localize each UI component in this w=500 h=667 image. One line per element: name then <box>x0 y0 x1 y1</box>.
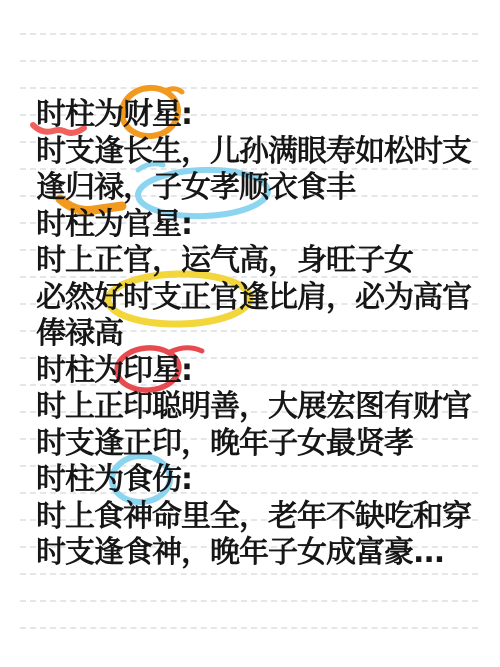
ruled-line <box>20 627 478 654</box>
ruled-line <box>20 600 478 627</box>
ruled-line <box>20 60 478 87</box>
text-line: 时支逢正印，晚年子女最贤孝 <box>36 426 471 463</box>
document-photo: 时柱为财星: 时支逢长生，儿孙满眼寿如松时支 逢归禄，子女孝顺衣食丰 时柱为官星… <box>0 0 500 667</box>
ruled-line <box>20 33 478 60</box>
text-line: 逢归禄，子女孝顺衣食丰 <box>36 170 471 207</box>
ruled-line <box>20 573 478 600</box>
text-line: 时支逢长生，儿孙满眼寿如松时支 <box>36 134 471 171</box>
fortune-text-block: 时柱为财星: 时支逢长生，儿孙满眼寿如松时支 逢归禄，子女孝顺衣食丰 时柱为官星… <box>36 97 471 572</box>
text-line: 必然好时支正官逢比肩，必为高官 <box>36 280 471 317</box>
section-heading-wealth-star: 时柱为财星: <box>36 97 471 134</box>
section-heading-food-hurt-star: 时柱为食伤: <box>36 462 471 499</box>
text-line: 时上正印聪明善，大展宏图有财官 <box>36 389 471 426</box>
text-line: 时上正官，运气高，身旺子女 <box>36 243 471 280</box>
text-line: 俸禄高 <box>36 316 471 353</box>
section-heading-officer-star: 时柱为官星: <box>36 207 471 244</box>
text-line: 时支逢食神，晚年子女成富豪... <box>36 535 471 572</box>
text-line: 时上食神命里全，老年不缺吃和穿 <box>36 499 471 536</box>
section-heading-seal-star: 时柱为印星: <box>36 353 471 390</box>
